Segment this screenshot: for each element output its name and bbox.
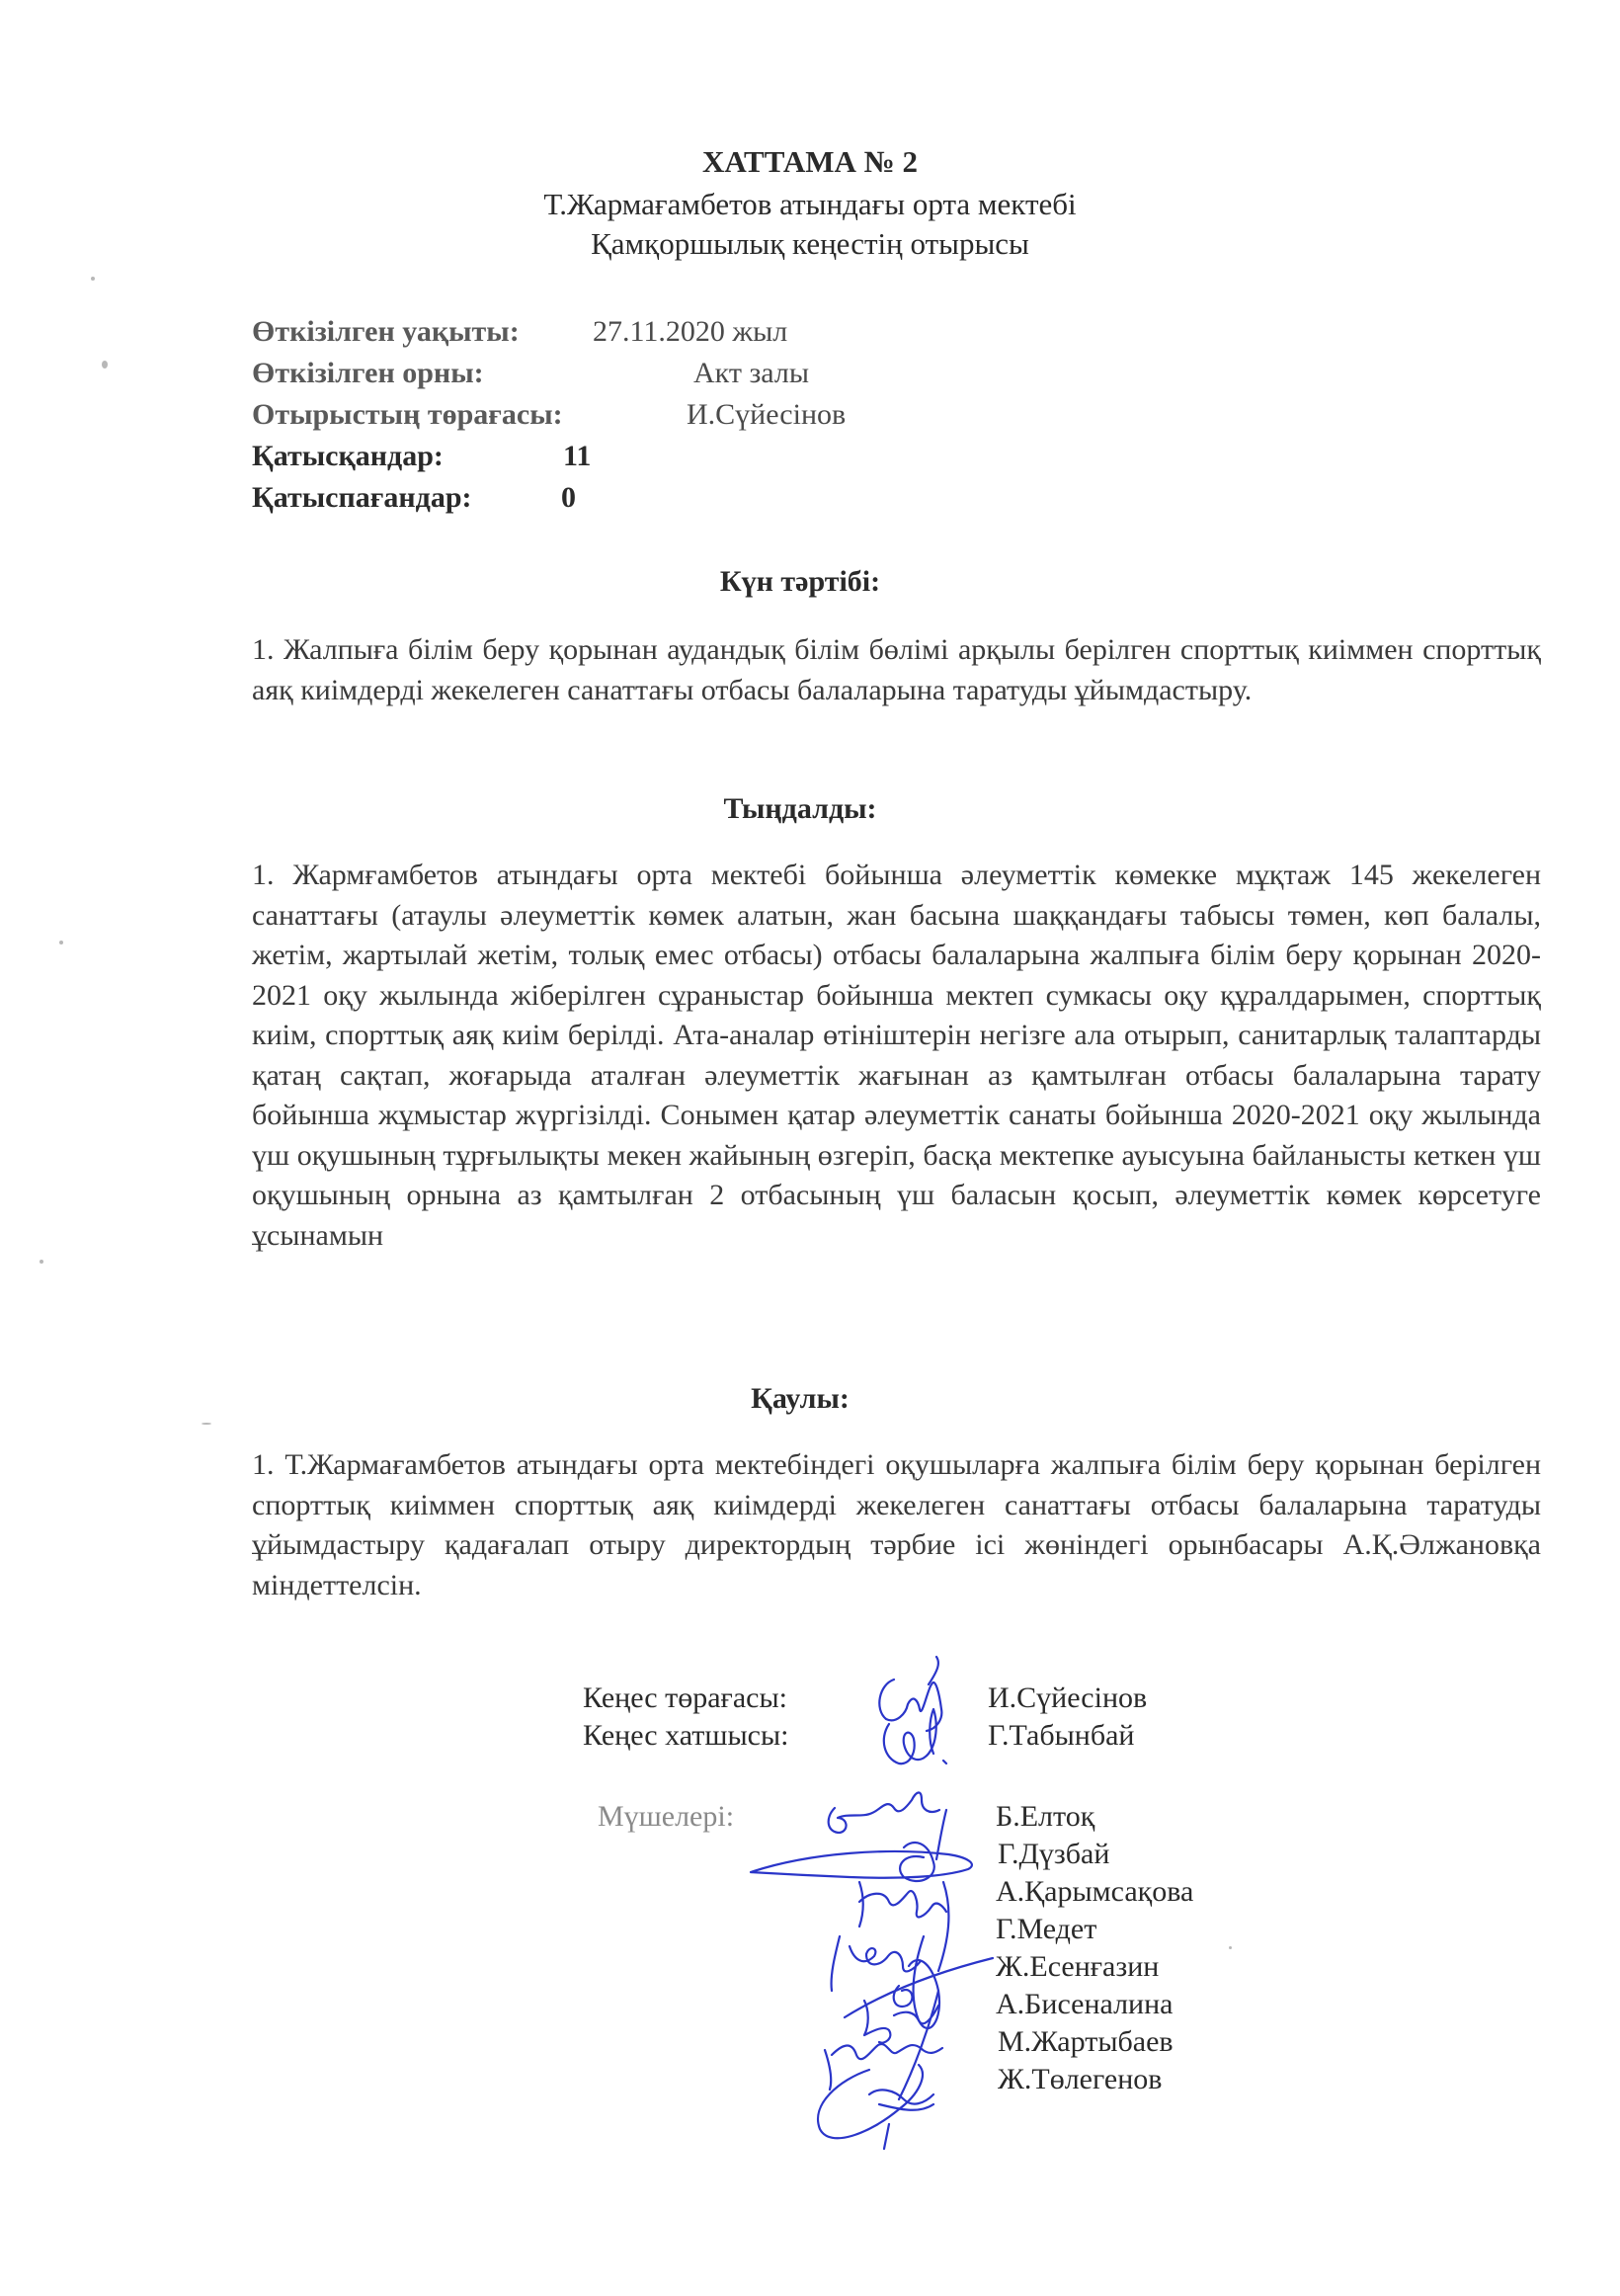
signature-secretary-name: Г.Табынбай xyxy=(988,1717,1134,1755)
agenda-heading: Күн тәртібі: xyxy=(0,563,1620,601)
meta-time-value: 27.11.2020 жыл xyxy=(593,311,787,353)
meta-chair: Отырыстың төрағасы:И.Сүйесінов xyxy=(252,394,846,436)
meta-time-label: Өткізілген уақыты: xyxy=(252,311,593,353)
resolution-item: 1. Т.Жармағамбетов атындағы орта мектебі… xyxy=(252,1445,1541,1605)
signature-secretary-label: Кеңес хатшысы: xyxy=(583,1717,854,1755)
document-title: ХАТТАМА № 2 xyxy=(0,143,1620,181)
scan-speck xyxy=(91,277,95,281)
members-label: Мүшелері: xyxy=(598,1798,734,1836)
heard-heading: Тыңдалды: xyxy=(0,790,1620,828)
meta-absent-label: Қатыспағандар: xyxy=(252,477,561,519)
meta-chair-label: Отырыстың төрағасы: xyxy=(252,394,687,436)
meta-time: Өткізілген уақыты:27.11.2020 жыл xyxy=(252,311,787,353)
meta-present: Қатысқандар:11 xyxy=(252,436,591,477)
meta-place-value: Акт залы xyxy=(693,353,809,394)
meta-absent-value: 0 xyxy=(561,477,576,519)
scan-speck xyxy=(102,361,108,369)
resolution-heading: Қаулы: xyxy=(0,1380,1620,1418)
scan-speck xyxy=(1229,1946,1232,1949)
meeting-name: Қамқоршылық кеңестің отырысы xyxy=(0,225,1620,263)
scan-speck xyxy=(59,941,63,944)
member-name: Г.Дүзбай xyxy=(998,1836,1109,1873)
heard-item: 1. Жармғамбетов атындағы орта мектебі бо… xyxy=(252,856,1541,1256)
signature-secretary-row: Кеңес хатшысы: xyxy=(583,1717,854,1755)
signature-chair-row: Кеңес төрағасы: xyxy=(583,1680,854,1717)
member-name: А.Қарымсақова xyxy=(996,1873,1193,1911)
member-name: Ж.Төлегенов xyxy=(998,2061,1162,2098)
scan-speck xyxy=(40,1260,43,1264)
meta-present-value: 11 xyxy=(563,436,591,477)
agenda-item: 1. Жалпыға білім беру қорынан аудандық б… xyxy=(252,630,1541,710)
member-name: М.Жартыбаев xyxy=(998,2023,1174,2061)
meta-absent: Қатыспағандар:0 xyxy=(252,477,576,519)
member-name: Ж.Есенғазин xyxy=(996,1948,1159,1986)
member-name: А.Бисеналина xyxy=(996,1986,1173,2023)
meta-present-label: Қатысқандар: xyxy=(252,436,563,477)
signature-chair-label: Кеңес төрағасы: xyxy=(583,1680,854,1717)
scan-speck xyxy=(202,1423,211,1425)
meta-place: Өткізілген орны:Акт залы xyxy=(252,353,809,394)
member-name: Г.Медет xyxy=(996,1911,1096,1948)
meta-chair-value: И.Сүйесінов xyxy=(687,394,846,436)
signature-chair-name: И.Сүйесінов xyxy=(988,1680,1147,1717)
school-name: Т.Жармағамбетов атындағы орта мектебі xyxy=(0,186,1620,223)
member-name: Б.Елтоқ xyxy=(996,1798,1094,1836)
meta-place-label: Өткізілген орны: xyxy=(252,353,693,394)
